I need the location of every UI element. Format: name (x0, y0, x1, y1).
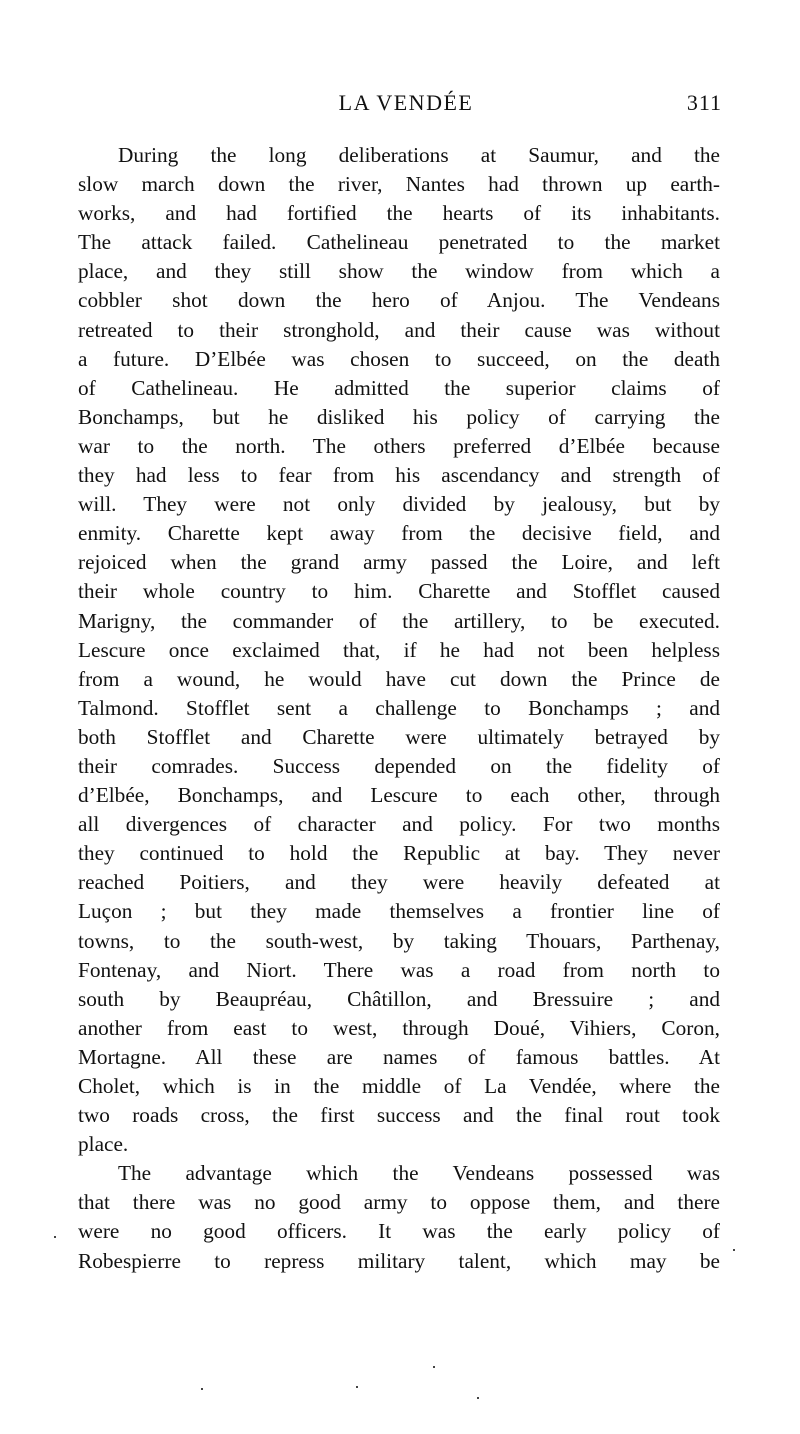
text-line: Mortagne. All these are names of famous … (78, 1043, 720, 1072)
text-line: south by Beaupréau, Châtillon, and Bress… (78, 985, 720, 1014)
text-line: of Cathelineau. He admitted the superior… (78, 374, 720, 403)
text-line: from a wound, he would have cut down the… (78, 665, 720, 694)
text-line: rejoiced when the grand army passed the … (78, 548, 720, 577)
text-line: war to the north. The others preferred d… (78, 432, 720, 461)
text-line: their whole country to him. Charette and… (78, 577, 720, 606)
text-line: Lescure once exclaimed that, if he had n… (78, 636, 720, 665)
text-line: Cholet, which is in the middle of La Ven… (78, 1072, 720, 1101)
text-line: enmity. Charette kept away from the deci… (78, 519, 720, 548)
text-line: The advantage which the Vendeans possess… (78, 1159, 720, 1188)
scan-speck (54, 1236, 56, 1238)
text-line: both Stofflet and Charette were ultimate… (78, 723, 720, 752)
text-line: reached Poitiers, and they were heavily … (78, 868, 720, 897)
text-line: Bonchamps, but he disliked his policy of… (78, 403, 720, 432)
text-line: that there was no good army to oppose th… (78, 1188, 720, 1217)
book-page: LA VENDÉE 311 During the long deliberati… (0, 0, 800, 1434)
text-line: Luçon ; but they made themselves a front… (78, 897, 720, 926)
text-line: works, and had fortified the hearts of i… (78, 199, 720, 228)
text-line: all divergences of character and policy.… (78, 810, 720, 839)
text-line: Talmond. Stofflet sent a challenge to Bo… (78, 694, 720, 723)
text-line: two roads cross, the first success and t… (78, 1101, 720, 1130)
scan-speck (733, 1249, 735, 1251)
scan-speck (477, 1397, 479, 1399)
scan-speck (201, 1388, 203, 1390)
page-number: 311 (687, 86, 722, 120)
scan-speck (433, 1366, 435, 1368)
text-line: slow march down the river, Nantes had th… (78, 170, 720, 199)
text-line: another from east to west, through Doué,… (78, 1014, 720, 1043)
text-line: Marigny, the commander of the artillery,… (78, 607, 720, 636)
text-line: d’Elbée, Bonchamps, and Lescure to each … (78, 781, 720, 810)
text-line: their comrades. Success depended on the … (78, 752, 720, 781)
text-line: towns, to the south-west, by taking Thou… (78, 927, 720, 956)
text-line: cobbler shot down the hero of Anjou. The… (78, 286, 720, 315)
text-line: will. They were not only divided by jeal… (78, 490, 720, 519)
text-line: were no good officers. It was the early … (78, 1217, 720, 1246)
text-line: During the long deliberations at Saumur,… (78, 141, 720, 170)
text-line: a future. D’Elbée was chosen to succeed,… (78, 345, 720, 374)
body-text: During the long deliberations at Saumur,… (78, 141, 720, 1276)
scan-speck (356, 1386, 358, 1388)
text-line: they continued to hold the Republic at b… (78, 839, 720, 868)
running-title: LA VENDÉE (78, 86, 720, 120)
text-line: place, and they still show the window fr… (78, 257, 720, 286)
text-line: The attack failed. Cathelineau penetrate… (78, 228, 720, 257)
text-line: Fontenay, and Niort. There was a road fr… (78, 956, 720, 985)
running-head: LA VENDÉE 311 (78, 86, 720, 120)
text-line: they had less to fear from his ascendanc… (78, 461, 720, 490)
text-line: Robespierre to repress military talent, … (78, 1247, 720, 1276)
text-line: retreated to their stronghold, and their… (78, 316, 720, 345)
text-line: place. (78, 1130, 720, 1159)
